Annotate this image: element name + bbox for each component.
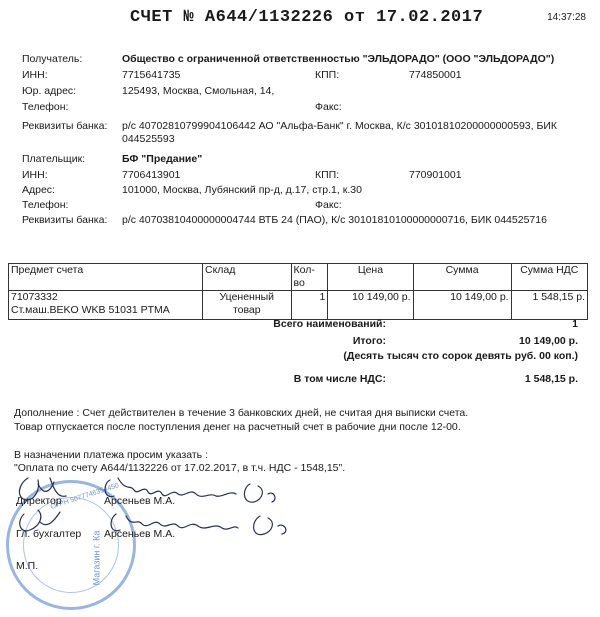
item-warehouse-line2: товар	[205, 304, 289, 317]
recipient-name: Общество с ограниченной ответственностью…	[122, 53, 554, 65]
col-sum: Сумма	[413, 264, 511, 291]
recipient-bank: р/с 40702810799904106442 АО "Альфа-Банк"…	[122, 120, 582, 146]
payer-inn: 7706413901	[122, 169, 180, 181]
items-table: Предмет счета Склад Кол-во Цена Сумма Су…	[8, 263, 588, 320]
total-in-words: (Десять тысяч сто сорок девять руб. 00 к…	[343, 350, 578, 362]
print-time: 14:37:28	[547, 12, 586, 23]
item-warehouse: Уцененный товар	[203, 291, 292, 320]
recipient-label: Получатель:	[22, 53, 82, 65]
item-qty: 1	[291, 291, 328, 320]
col-subject: Предмет счета	[9, 264, 203, 291]
vat-value: 1 548,15 р.	[525, 373, 578, 385]
recipient-bank-label: Реквизиты банка:	[22, 120, 107, 132]
total-value: 10 149,00 р.	[519, 335, 578, 347]
recipient-phone-label: Телефон:	[22, 101, 68, 113]
recipient-kpp-label: КПП:	[315, 69, 339, 81]
count-label: Всего наименований:	[273, 318, 386, 330]
payer-phone-label: Телефон:	[22, 199, 68, 211]
payer-fax-label: Факс:	[315, 199, 342, 211]
vat-label: В том числе НДС:	[294, 373, 386, 385]
table-header-row: Предмет счета Склад Кол-во Цена Сумма Су…	[9, 264, 588, 291]
recipient-address: 125493, Москва, Смольная, 14,	[122, 85, 274, 97]
payer-kpp: 770901001	[409, 169, 462, 181]
payer-address: 101000, Москва, Лубянский пр-д, д.17, ст…	[122, 184, 362, 196]
payer-name: БФ "Предание"	[122, 153, 202, 165]
item-sum: 10 149,00 р.	[413, 291, 511, 320]
payer-inn-label: ИНН:	[22, 169, 48, 181]
payer-bank-label: Реквизиты банка:	[22, 214, 107, 226]
payer-kpp-label: КПП:	[315, 169, 339, 181]
recipient-kpp: 774850001	[409, 69, 462, 81]
payer-bank: р/с 40703810400000004744 ВТБ 24 (ПАО), К…	[122, 214, 547, 226]
item-price: 10 149,00 р.	[328, 291, 413, 320]
invoice-title: СЧЕТ № А644/1132226 от 17.02.2017	[130, 8, 483, 27]
item-subject: 71073332 Ст.маш.BEKO WKB 51031 PTMA	[9, 291, 203, 320]
payer-label: Плательщик:	[22, 153, 85, 165]
count-value: 1	[572, 318, 578, 330]
note-validity: Дополнение : Счет действителен в течение…	[14, 407, 468, 419]
payer-address-label: Адрес:	[22, 184, 55, 196]
col-qty: Кол-во	[291, 264, 328, 291]
col-warehouse: Склад	[203, 264, 292, 291]
item-vat: 1 548,15 р.	[511, 291, 587, 320]
recipient-address-label: Юр. адрес:	[22, 85, 76, 97]
recipient-fax-label: Факс:	[315, 101, 342, 113]
recipient-inn: 7715641735	[122, 69, 180, 81]
note-release: Товар отпускается после поступления дене…	[14, 421, 461, 433]
col-price: Цена	[328, 264, 413, 291]
item-warehouse-line1: Уцененный	[205, 291, 289, 304]
recipient-inn-label: ИНН:	[22, 69, 48, 81]
table-row: 71073332 Ст.маш.BEKO WKB 51031 PTMA Уцен…	[9, 291, 588, 320]
item-name: Ст.маш.BEKO WKB 51031 PTMA	[11, 304, 200, 317]
col-vat: Сумма НДС	[511, 264, 587, 291]
item-code: 71073332	[11, 291, 200, 304]
seal-label: М.П.	[16, 560, 38, 572]
total-label: Итого:	[353, 335, 386, 347]
handwritten-signatures-icon	[10, 470, 320, 550]
payment-purpose-label: В назначении платежа просим указать :	[14, 449, 208, 461]
